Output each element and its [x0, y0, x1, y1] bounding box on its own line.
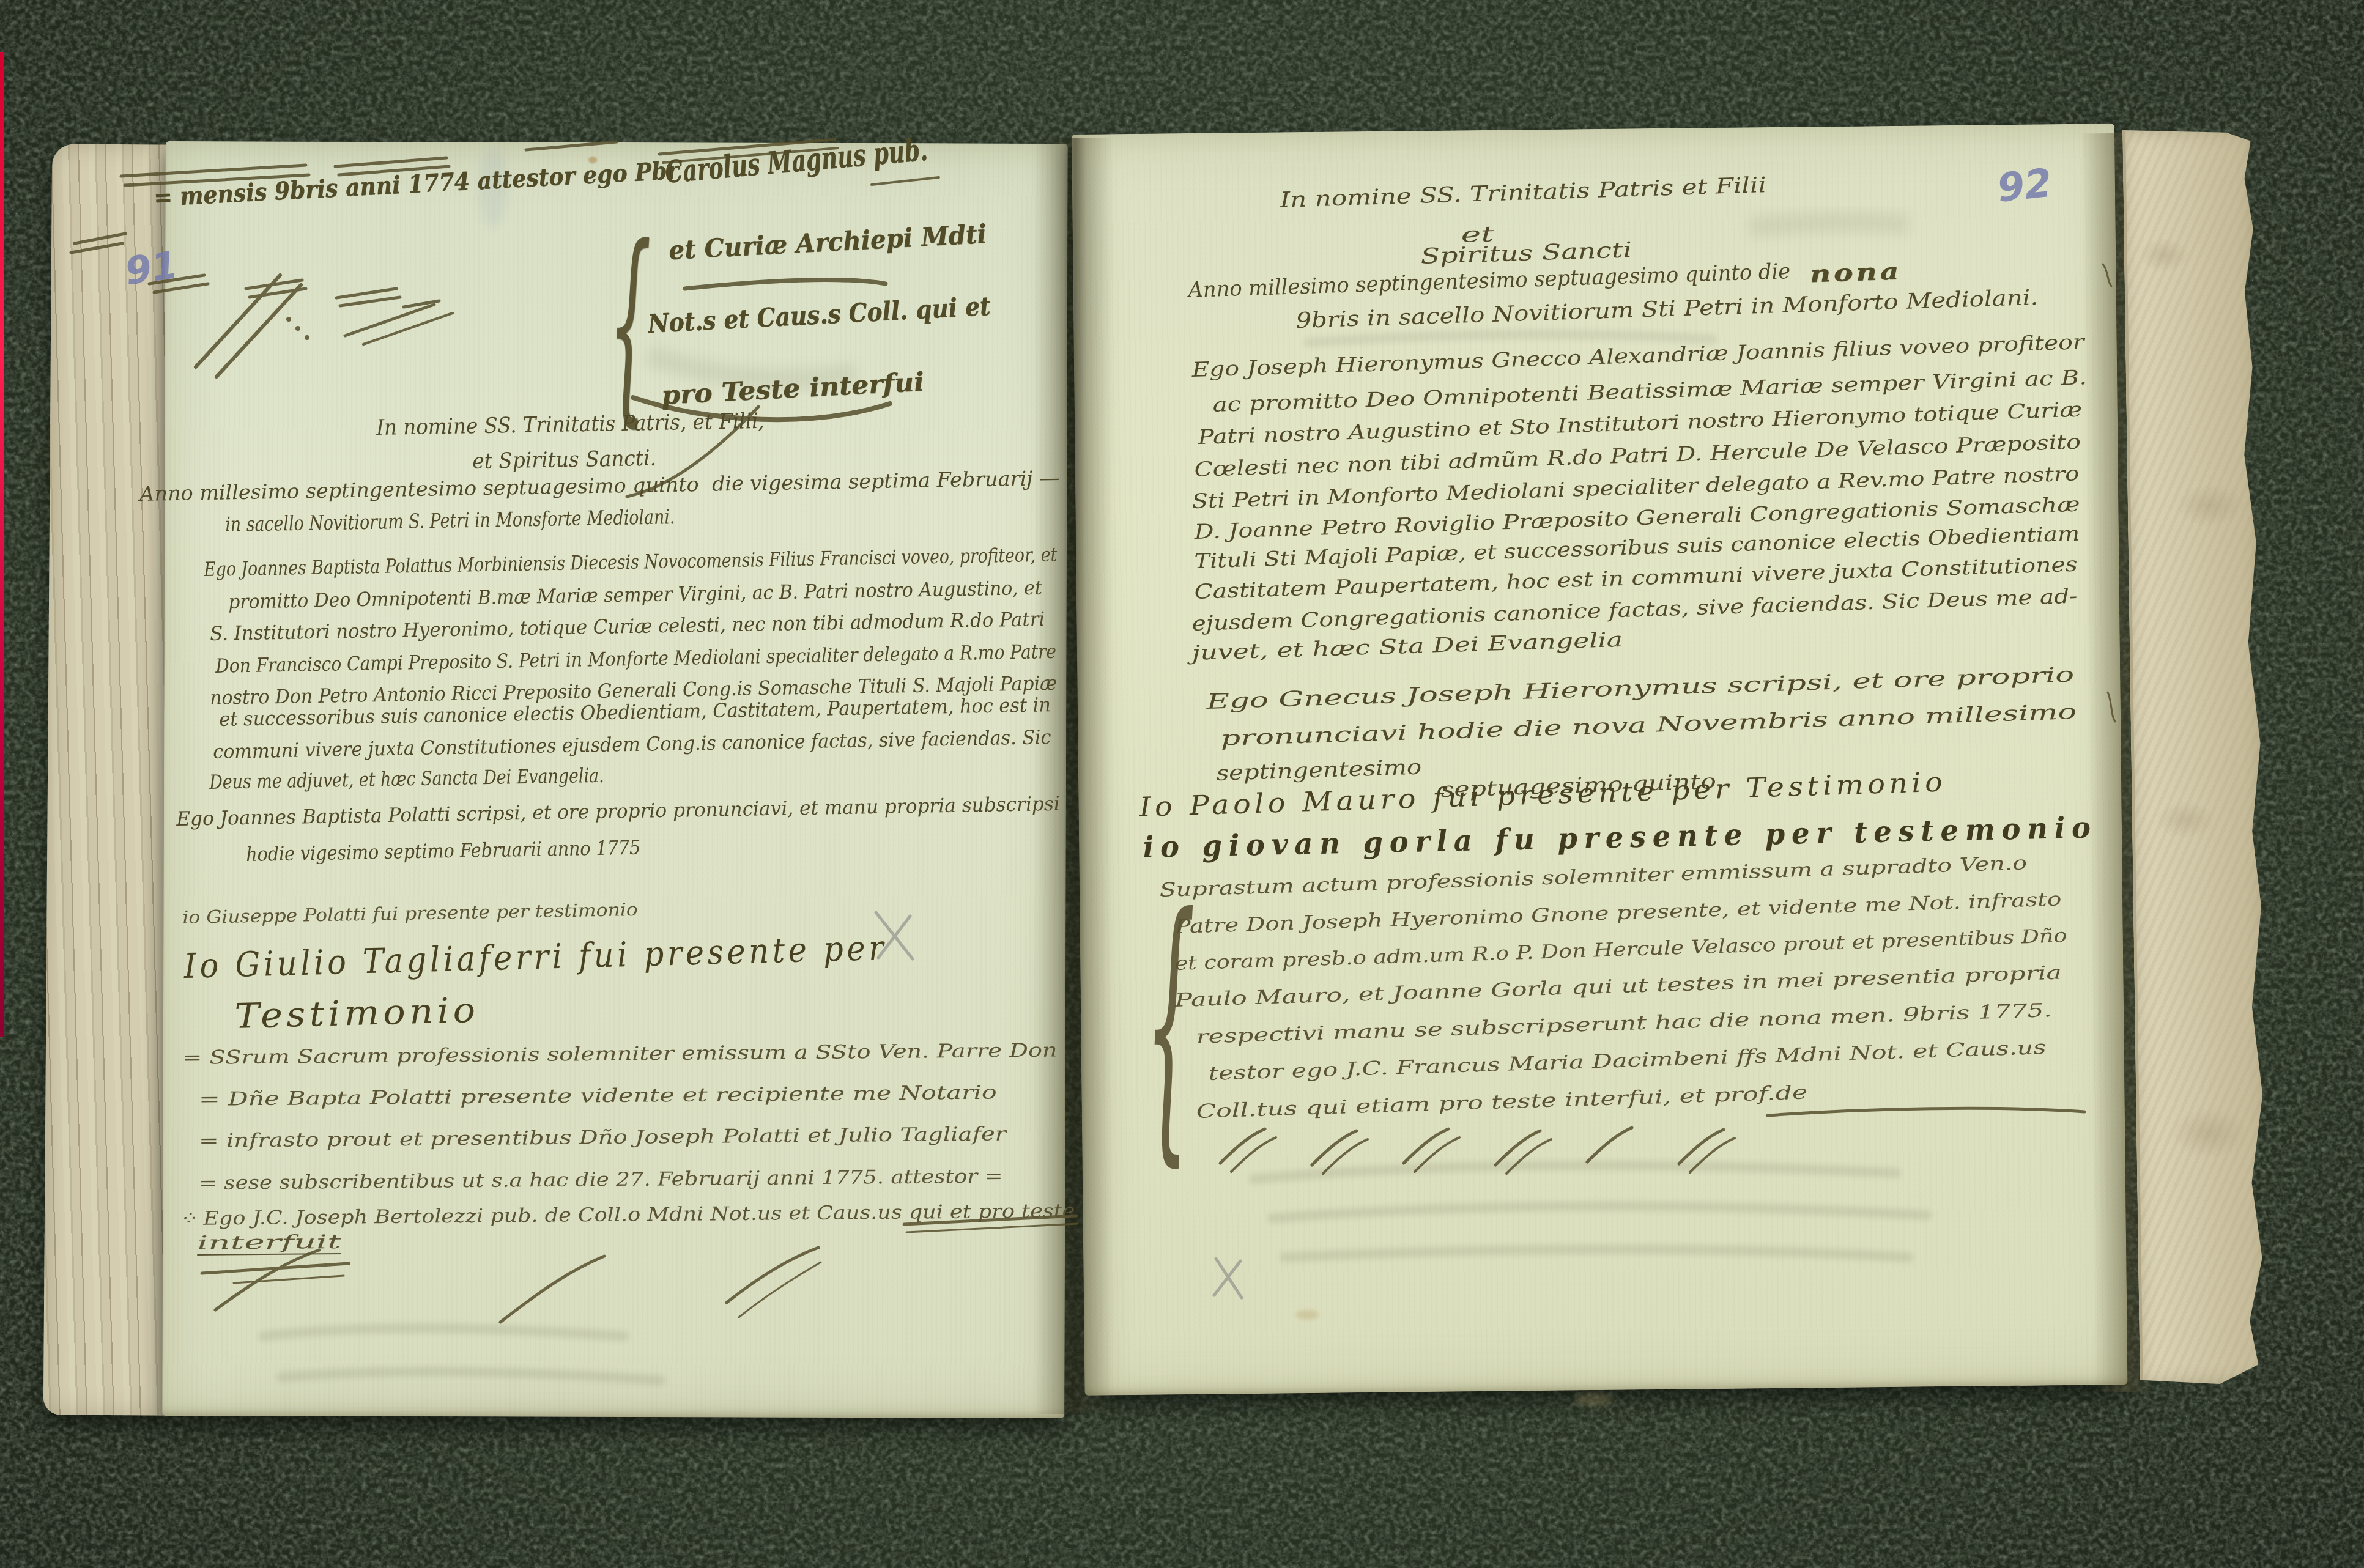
left-page-line: {	[609, 202, 651, 445]
left-page-edge-stack	[43, 144, 175, 1415]
manuscript-scan: = mensis 9bris anni 1774 attestor ego Pb…	[0, 0, 2364, 1568]
page-number: 91	[122, 242, 181, 294]
right-page-line: {	[1145, 856, 1196, 1191]
page-number: 92	[1995, 161, 2054, 212]
scan-edge-red-stripe	[0, 52, 4, 1037]
paper-stain	[1575, 1393, 1613, 1407]
left-page-line: Testimonio	[234, 991, 480, 1037]
left-page-line: et Spiritus Sancti.	[472, 446, 656, 474]
right-page-line: nona	[1809, 257, 1902, 287]
deckle-edge-strip	[2122, 128, 2273, 1385]
left-page-line: interfuit	[197, 1231, 341, 1254]
